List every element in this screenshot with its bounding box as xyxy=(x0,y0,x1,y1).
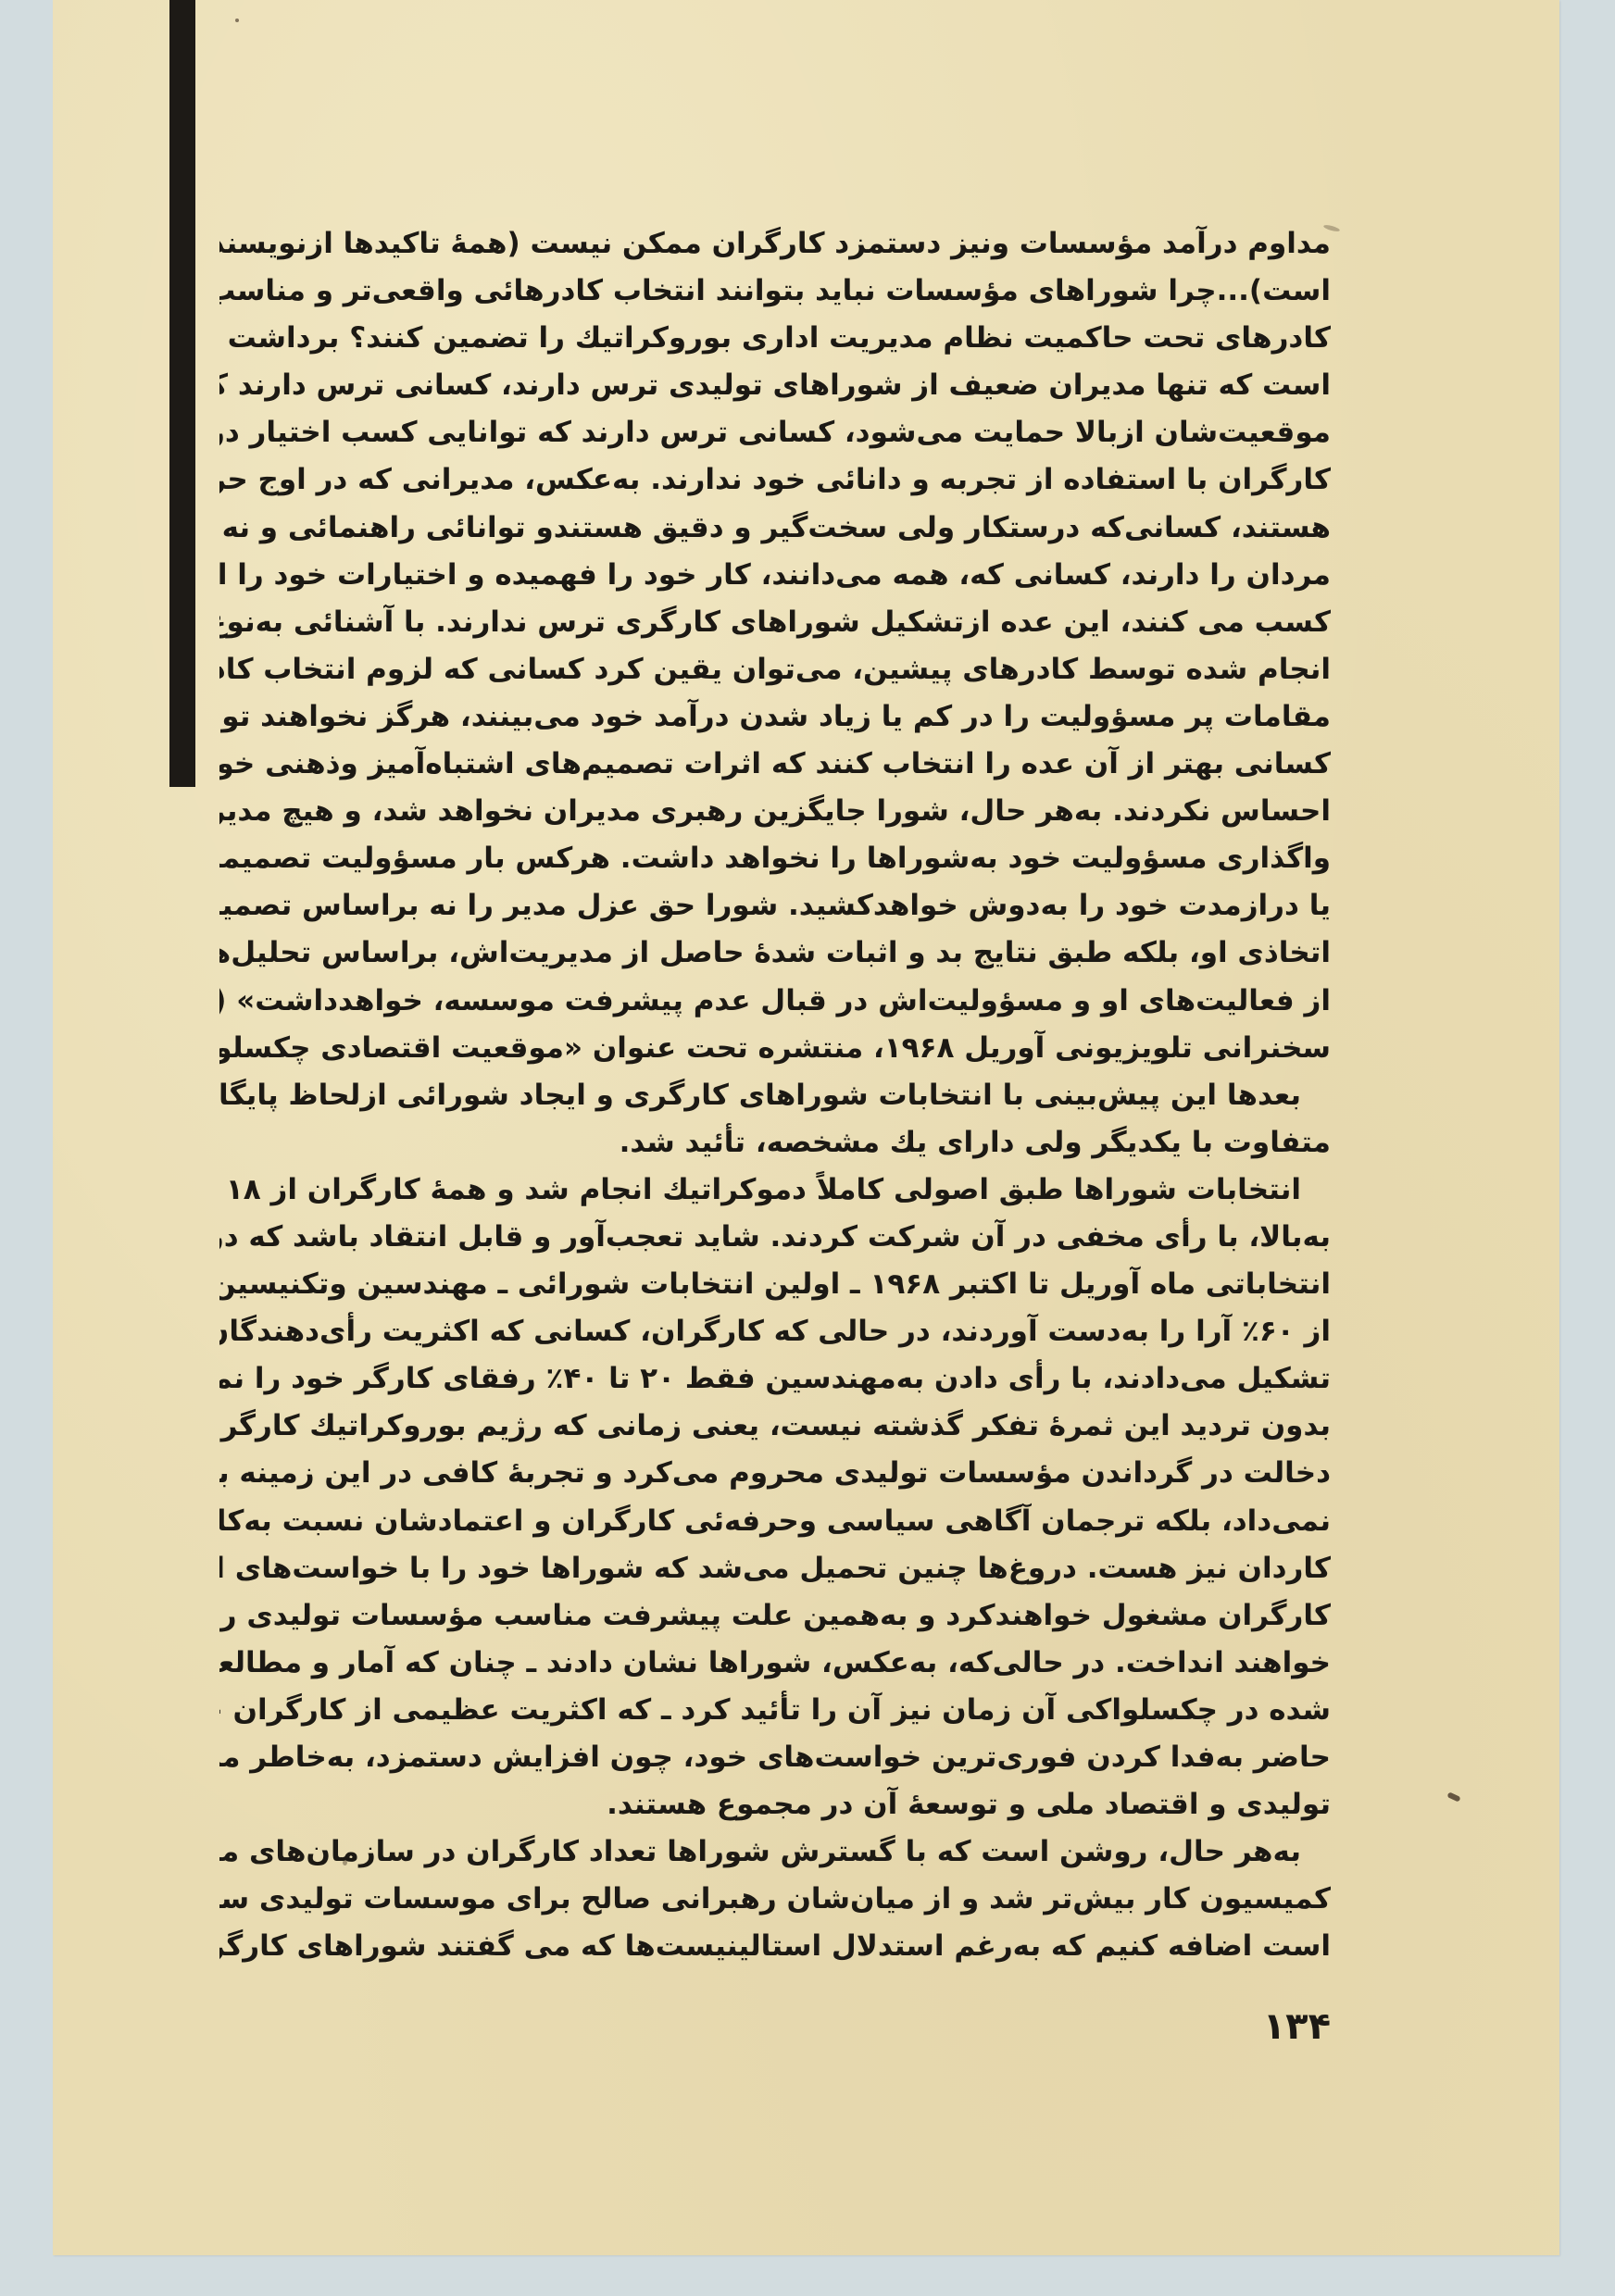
text-line: به‌بالا، با رأی مخفی در آن شرکت کردند. ش… xyxy=(219,1214,1331,1261)
text-line: است که تنها مدیران ضعیف از شوراهای تولید… xyxy=(219,362,1331,409)
text-line: خواهند انداخت. در حالی‌که، به‌عکس، شوراه… xyxy=(219,1640,1331,1687)
text-line: کادرهای تحت حاکمیت نظام مدیریت اداری بور… xyxy=(219,315,1331,362)
text-line: حاضر به‌فدا کردن فوری‌ترین خواست‌های خود… xyxy=(219,1734,1331,1781)
text-line: نمی‌داد، بلکه ترجمان آگاهی سیاسی وحرفه‌ئ… xyxy=(219,1498,1331,1545)
text-line: مردان را دارند، کسانی که، همه می‌دانند، … xyxy=(219,552,1331,599)
text-line: کارگران با استفاده از تجربه و دانائی خود… xyxy=(219,456,1331,504)
text-line: دخالت در گرداندن مؤسسات تولیدی محروم می‌… xyxy=(219,1450,1331,1497)
text-line: شده در چکسلواکی آن زمان نیز آن را تأئید … xyxy=(219,1687,1331,1734)
text-line: مداوم درآمد مؤسسات ونیز دستمزد کارگران م… xyxy=(219,220,1331,268)
text-line: تولیدی و اقتصاد ملی و توسعهٔ آن در مجموع… xyxy=(219,1781,1331,1828)
text-line: یا درازمدت خود را به‌دوش خواهدکشید. شورا… xyxy=(219,882,1331,930)
text-line: کارگران مشغول خواهندکرد و به‌همین علت پی… xyxy=(219,1592,1331,1640)
scanned-book-page: مداوم درآمد مؤسسات ونیز دستمزد کارگران م… xyxy=(53,0,1559,2255)
text-line: انتخاباتی ماه آوریل تا اکتبر ۱۹۶۸ ـ اولی… xyxy=(219,1261,1331,1308)
text-line: است)...چرا شوراهای مؤسسات نباید بتوانند … xyxy=(219,268,1331,315)
body-text: مداوم درآمد مؤسسات ونیز دستمزد کارگران م… xyxy=(219,220,1331,1970)
text-line: کاردان نیز هست. دروغ‌ها چنین تحمیل می‌شد… xyxy=(219,1545,1331,1592)
paper-speck xyxy=(1446,1791,1460,1802)
text-line: موقعیت‌شان ازبالا حمایت می‌شود، کسانی تر… xyxy=(219,409,1331,456)
margin-black-bar xyxy=(169,0,195,787)
text-line: است اضافه کنیم که به‌رغم استدلال استالین… xyxy=(219,1923,1331,1970)
paper-speck xyxy=(235,19,239,22)
text-line: بدون تردید این ثمرهٔ تفکر گذشته نیست، یع… xyxy=(219,1403,1331,1450)
text-line: سخنرانی تلویزیونی آوریل ۱۹۶۸، منتشره تحت… xyxy=(219,1025,1331,1072)
text-line: انجام شده توسط کادرهای پیشین، می‌توان یق… xyxy=(219,646,1331,693)
text-line: هستند، کسانی‌که درستکار ولی سخت‌گیر و دق… xyxy=(219,505,1331,552)
text-line: کسب می کنند، این عده ازتشکیل شوراهای کار… xyxy=(219,599,1331,646)
text-line: متفاوت با یکدیگر ولی دارای یك مشخصه، تأئ… xyxy=(219,1119,1331,1167)
text-line: تشکیل می‌دادند، با رأی دادن به‌مهندسین ف… xyxy=(219,1355,1331,1403)
text-line: واگذاری مسؤولیت خود به‌شوراها را نخواهد … xyxy=(219,835,1331,882)
text-line: کمیسیون کار بیش‌تر شد و از میان‌شان رهبر… xyxy=(219,1876,1331,1923)
text-line: از ۶۰٪ آرا را به‌دست آوردند، در حالی که … xyxy=(219,1308,1331,1355)
text-line: مقامات پر مسؤولیت را در کم یا زیاد شدن د… xyxy=(219,693,1331,741)
text-line: کسانی بهتر از آن عده را انتخاب کنند که ا… xyxy=(219,741,1331,788)
text-line: به‌هر حال، روشن است که با گسترش شوراها ت… xyxy=(219,1828,1331,1876)
page-number: ۱۳۴ xyxy=(1257,2005,1331,2048)
text-line: اتخاذی او، بلکه طبق نتایج بد و اثبات شده… xyxy=(219,930,1331,977)
text-line: انتخابات شوراها طبق اصولی کاملاً دموکرات… xyxy=(219,1167,1331,1214)
text-line: از فعالیت‌های او و مسؤولیت‌اش در قبال عد… xyxy=(219,978,1331,1025)
paper-speck xyxy=(343,1860,347,1865)
text-line: احساس نکردند. به‌هر حال، شورا جایگزین ره… xyxy=(219,788,1331,835)
text-line: بعدها این پیش‌بینی با انتخابات شوراهای ک… xyxy=(219,1072,1331,1119)
